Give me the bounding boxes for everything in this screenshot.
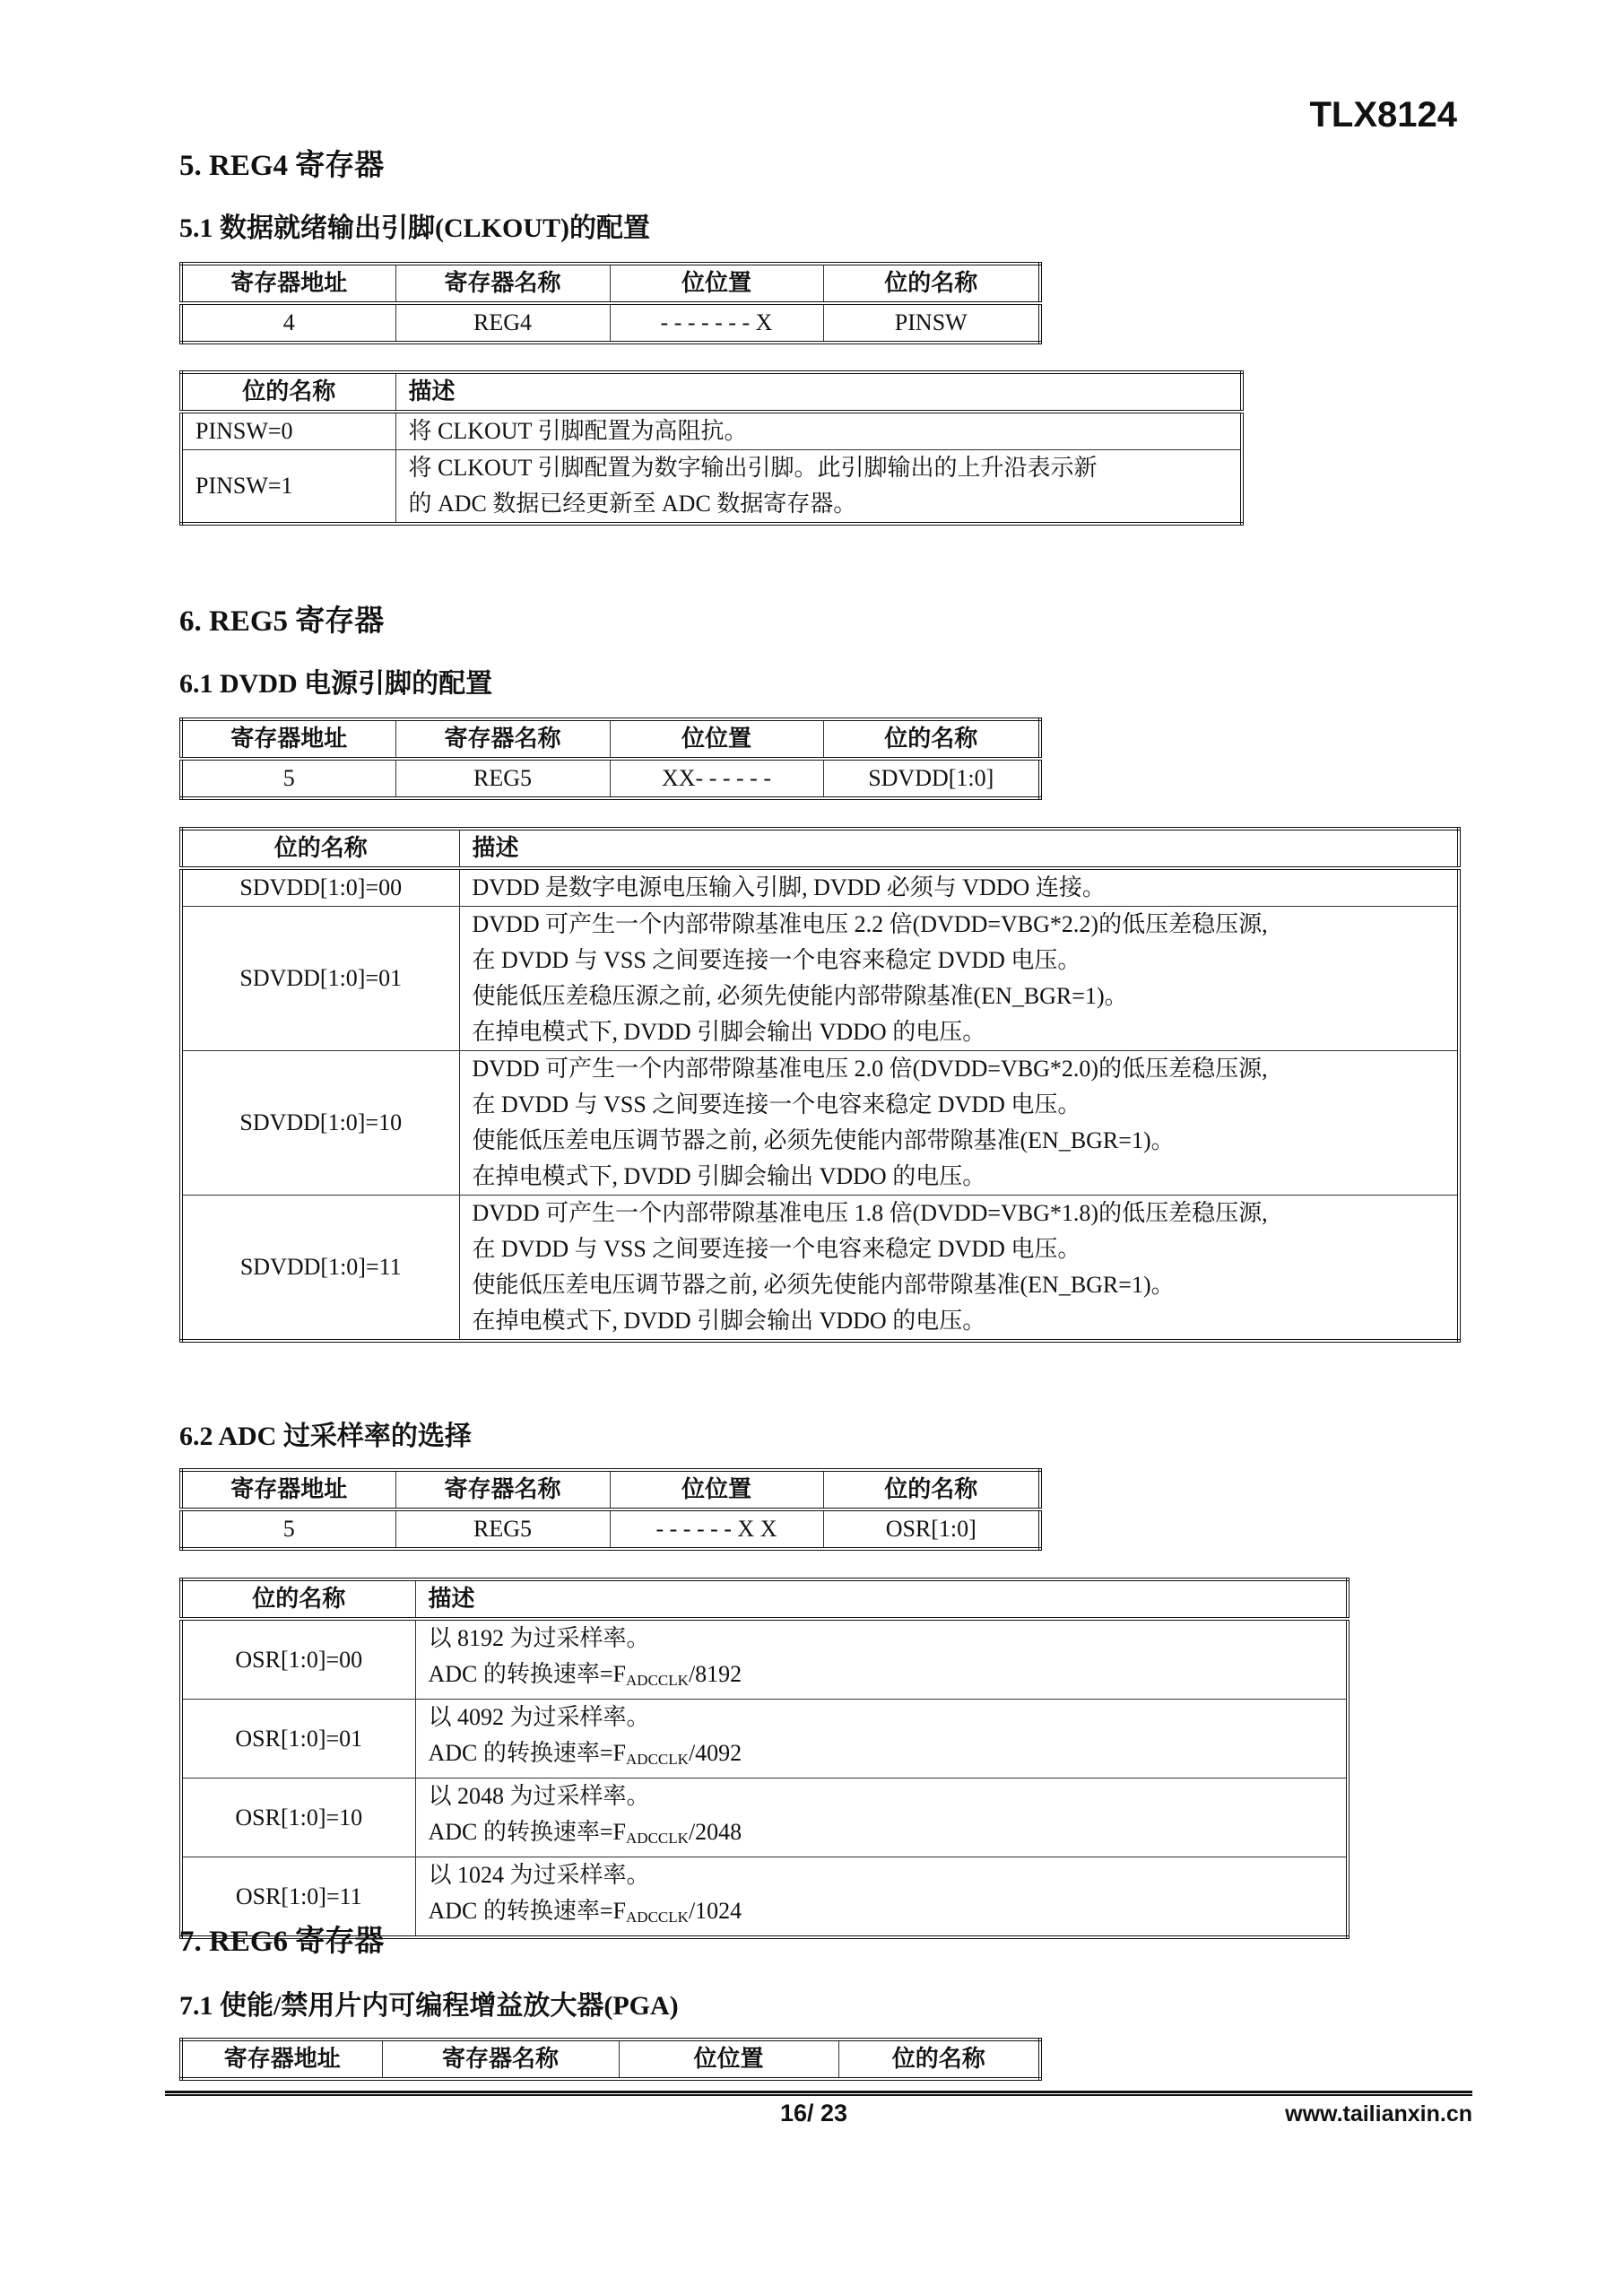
reg4-register-table: 寄存器地址 寄存器名称 位位置 位的名称 4 REG4 - - - - - - … xyxy=(179,262,1042,344)
header-bit-name: 位的名称 xyxy=(181,1579,415,1619)
osr-description-table: 位的名称 描述 OSR[1:0]=00 以 8192 为过采样率。 ADC 的转… xyxy=(179,1578,1350,1939)
conversion-rate-line: ADC 的转换速率=FADCCLK/4092 xyxy=(429,1735,1334,1778)
table-row: OSR[1:0]=01 以 4092 为过采样率。 ADC 的转换速率=FADC… xyxy=(181,1700,1348,1779)
pinsw-description-table: 位的名称 描述 PINSW=0 将 CLKOUT 引脚配置为高阻抗。 PINSW… xyxy=(179,370,1244,526)
cell-reg-name: REG5 xyxy=(395,1509,610,1549)
header-bit-position: 位位置 xyxy=(610,264,823,303)
description-line: 的 ADC 数据已经更新至 ADC 数据寄存器。 xyxy=(409,486,1228,522)
table-row: 4 REG4 - - - - - - - X PINSW xyxy=(181,303,1040,343)
cell-bit-value: SDVDD[1:0]=00 xyxy=(181,868,459,907)
rate-prefix: ADC 的转换速率=F xyxy=(429,1740,627,1766)
reg5-sdvdd-register-table: 寄存器地址 寄存器名称 位位置 位的名称 5 REG5 XX- - - - - … xyxy=(179,717,1042,800)
cell-bit-value: SDVDD[1:0]=10 xyxy=(181,1051,459,1196)
table-row: SDVDD[1:0]=11 DVDD 可产生一个内部带隙基准电压 1.8 倍(D… xyxy=(181,1196,1459,1342)
table-row: SDVDD[1:0]=10 DVDD 可产生一个内部带隙基准电压 2.0 倍(D… xyxy=(181,1051,1459,1196)
description-line: DVDD 可产生一个内部带隙基准电压 2.2 倍(DVDD=VBG*2.2)的低… xyxy=(473,907,1445,943)
section-5-title: 5. REG4 寄存器 xyxy=(179,142,384,184)
section-7-title: 7. REG6 寄存器 xyxy=(179,1918,384,1960)
cell-reg-name: REG4 xyxy=(395,303,610,343)
cell-bit-value: OSR[1:0]=01 xyxy=(181,1700,415,1779)
rate-divisor: /1024 xyxy=(689,1898,742,1924)
table-row: SDVDD[1:0]=00 DVDD 是数字电源电压输入引脚, DVDD 必须与… xyxy=(181,868,1459,907)
reg6-register-table: 寄存器地址 寄存器名称 位位置 位的名称 xyxy=(179,2038,1042,2081)
conversion-rate-line: ADC 的转换速率=FADCCLK/8192 xyxy=(429,1657,1334,1699)
header-description: 描述 xyxy=(415,1579,1348,1619)
header-reg-address: 寄存器地址 xyxy=(181,719,395,759)
table-row: 5 REG5 - - - - - - X X OSR[1:0] xyxy=(181,1509,1040,1549)
description-line: 在 DVDD 与 VSS 之间要连接一个电容来稳定 DVDD 电压。 xyxy=(473,943,1445,978)
description-line: 以 8192 为过采样率。 xyxy=(429,1621,1334,1657)
section-6-2-title: 6.2 ADC 过采样率的选择 xyxy=(179,1413,472,1453)
header-bit-position: 位位置 xyxy=(619,2039,838,2079)
table-row: SDVDD[1:0]=01 DVDD 可产生一个内部带隙基准电压 2.2 倍(D… xyxy=(181,907,1459,1051)
table-row: PINSW=0 将 CLKOUT 引脚配置为高阻抗。 xyxy=(181,412,1242,450)
section-6-title: 6. REG5 寄存器 xyxy=(179,597,384,639)
description-line: 以 4092 为过采样率。 xyxy=(429,1700,1334,1735)
website-link[interactable]: www.tailianxin.cn xyxy=(1285,2101,1472,2127)
cell-reg-address: 4 xyxy=(181,303,395,343)
description-line: 使能低压差电压调节器之前, 必须先使能内部带隙基准(EN_BGR=1)。 xyxy=(473,1267,1445,1303)
cell-bit-value: OSR[1:0]=10 xyxy=(181,1779,415,1857)
cell-bit-position: XX- - - - - - xyxy=(610,759,823,798)
rate-subscript: ADCCLK xyxy=(626,1672,689,1689)
description-line: 在掉电模式下, DVDD 引脚会输出 VDDO 的电压。 xyxy=(473,1014,1445,1050)
cell-bit-name: OSR[1:0] xyxy=(823,1509,1040,1549)
rate-divisor: /4092 xyxy=(689,1740,742,1766)
header-reg-name: 寄存器名称 xyxy=(395,1470,610,1509)
section-7-1-title: 7.1 使能/禁用片内可编程增益放大器(PGA) xyxy=(179,1983,679,2022)
description-line: 以 2048 为过采样率。 xyxy=(429,1779,1334,1814)
rate-divisor: /2048 xyxy=(689,1819,742,1845)
rate-subscript: ADCCLK xyxy=(626,1751,689,1768)
header-description: 描述 xyxy=(395,372,1242,412)
description-line: 将 CLKOUT 引脚配置为数字输出引脚。此引脚输出的上升沿表示新 xyxy=(409,450,1228,486)
header-reg-name: 寄存器名称 xyxy=(395,264,610,303)
section-6-1-title: 6.1 DVDD 电源引脚的配置 xyxy=(179,661,492,700)
description-line: DVDD 可产生一个内部带隙基准电压 1.8 倍(DVDD=VBG*1.8)的低… xyxy=(473,1196,1445,1231)
header-reg-address: 寄存器地址 xyxy=(181,264,395,303)
description-line: 在 DVDD 与 VSS 之间要连接一个电容来稳定 DVDD 电压。 xyxy=(473,1087,1445,1123)
header-bit-name: 位的名称 xyxy=(823,1470,1040,1509)
conversion-rate-line: ADC 的转换速率=FADCCLK/1024 xyxy=(429,1893,1334,1935)
cell-bit-name: PINSW xyxy=(823,303,1040,343)
cell-bit-value: OSR[1:0]=00 xyxy=(181,1619,415,1700)
cell-bit-value: PINSW=0 xyxy=(181,412,395,450)
description-line: 使能低压差电压调节器之前, 必须先使能内部带隙基准(EN_BGR=1)。 xyxy=(473,1123,1445,1159)
header-description: 描述 xyxy=(459,829,1459,868)
conversion-rate-line: ADC 的转换速率=FADCCLK/2048 xyxy=(429,1814,1334,1857)
rate-prefix: ADC 的转换速率=F xyxy=(429,1898,627,1924)
header-reg-address: 寄存器地址 xyxy=(181,2039,382,2079)
cell-reg-name: REG5 xyxy=(395,759,610,798)
header-reg-address: 寄存器地址 xyxy=(181,1470,395,1509)
header-reg-name: 寄存器名称 xyxy=(382,2039,619,2079)
sdvdd-description-table: 位的名称 描述 SDVDD[1:0]=00 DVDD 是数字电源电压输入引脚, … xyxy=(179,827,1461,1343)
description-line: 使能低压差稳压源之前, 必须先使能内部带隙基准(EN_BGR=1)。 xyxy=(473,978,1445,1014)
table-row: 5 REG5 XX- - - - - - SDVDD[1:0] xyxy=(181,759,1040,798)
description-line: 在掉电模式下, DVDD 引脚会输出 VDDO 的电压。 xyxy=(473,1303,1445,1339)
cell-bit-name: SDVDD[1:0] xyxy=(823,759,1040,798)
header-bit-name: 位的名称 xyxy=(838,2039,1040,2079)
cell-bit-position: - - - - - - - X xyxy=(610,303,823,343)
description-line: DVDD 是数字电源电压输入引脚, DVDD 必须与 VDDO 连接。 xyxy=(473,870,1445,906)
header-bit-position: 位位置 xyxy=(610,1470,823,1509)
rate-prefix: ADC 的转换速率=F xyxy=(429,1819,627,1845)
description-line: DVDD 可产生一个内部带隙基准电压 2.0 倍(DVDD=VBG*2.0)的低… xyxy=(473,1051,1445,1087)
header-bit-name: 位的名称 xyxy=(181,829,459,868)
cell-reg-address: 5 xyxy=(181,759,395,798)
cell-bit-value: SDVDD[1:0]=01 xyxy=(181,907,459,1051)
cell-bit-position: - - - - - - X X xyxy=(610,1509,823,1549)
page-number: 16/ 23 xyxy=(780,2100,847,2127)
rate-divisor: /8192 xyxy=(689,1661,742,1687)
rate-prefix: ADC 的转换速率=F xyxy=(429,1661,627,1687)
cell-bit-value: PINSW=1 xyxy=(181,450,395,525)
cell-bit-value: SDVDD[1:0]=11 xyxy=(181,1196,459,1342)
header-reg-name: 寄存器名称 xyxy=(395,719,610,759)
header-bit-name: 位的名称 xyxy=(823,264,1040,303)
section-5-1-title: 5.1 数据就绪输出引脚(CLKOUT)的配置 xyxy=(179,205,650,245)
footer-divider xyxy=(165,2091,1472,2096)
rate-subscript: ADCCLK xyxy=(626,1909,689,1926)
description-line: 以 1024 为过采样率。 xyxy=(429,1857,1334,1893)
table-row: OSR[1:0]=00 以 8192 为过采样率。 ADC 的转换速率=FADC… xyxy=(181,1619,1348,1700)
header-bit-name: 位的名称 xyxy=(823,719,1040,759)
header-bit-position: 位位置 xyxy=(610,719,823,759)
cell-reg-address: 5 xyxy=(181,1509,395,1549)
description-line: 在 DVDD 与 VSS 之间要连接一个电容来稳定 DVDD 电压。 xyxy=(473,1231,1445,1267)
description-line: 在掉电模式下, DVDD 引脚会输出 VDDO 的电压。 xyxy=(473,1159,1445,1195)
brand-logo-text: TLX8124 xyxy=(1309,95,1457,135)
table-row: OSR[1:0]=10 以 2048 为过采样率。 ADC 的转换速率=FADC… xyxy=(181,1779,1348,1857)
header-bit-name: 位的名称 xyxy=(181,372,395,412)
description-line: 将 CLKOUT 引脚配置为高阻抗。 xyxy=(409,413,1228,449)
table-row: PINSW=1 将 CLKOUT 引脚配置为数字输出引脚。此引脚输出的上升沿表示… xyxy=(181,450,1242,525)
reg5-osr-register-table: 寄存器地址 寄存器名称 位位置 位的名称 5 REG5 - - - - - - … xyxy=(179,1468,1042,1551)
rate-subscript: ADCCLK xyxy=(626,1830,689,1847)
